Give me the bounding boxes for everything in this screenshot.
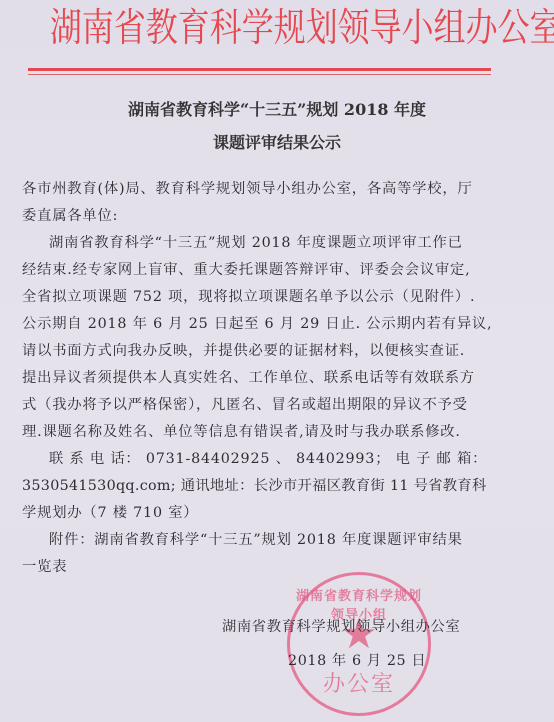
body-line: 湖南省教育科学“十三五”规划 2018 年度课题立项评审工作已 <box>49 232 463 252</box>
body-line: 委直属各单位: <box>22 205 118 225</box>
masthead-title: 湖南省教育科学规划领导小组办公室 <box>50 4 504 54</box>
official-seal: 湖南省教育科学规划领导小组 ★ 办公室 <box>287 572 431 716</box>
contact-email-address-line: 3530541530qq.com; 通讯地址：长沙市开福区教育街 11 号省教育… <box>22 475 487 495</box>
body-line: 各市州教育(体)局、教育科学规划领导小组办公室，各高等学校，厅 <box>22 178 473 198</box>
attachment-line: 附件：湖南省教育科学“十三五”规划 2018 年度课题评审结果 <box>49 529 463 549</box>
seal-bottom-text: 办公室 <box>290 667 428 698</box>
signature-date: 2018 年 6 月 25 日 <box>288 650 426 670</box>
masthead-rule-thin <box>28 74 491 75</box>
signature-organization: 湖南省教育科学规划领导小组办公室 <box>222 616 460 636</box>
document-title-line1: 湖南省教育科学“十三五”规划 2018 年度 <box>0 97 554 120</box>
attachment-line: 一览表 <box>22 556 67 576</box>
body-line: 全省拟立项课题 752 项，现将拟立项课题名单予以公示（见附件）. <box>22 286 475 306</box>
body-line: 式（我办将予以严格保密），凡匿名、冒名或超出期限的异议不予受 <box>22 394 468 414</box>
body-line: 提出异议者须提供本人真实姓名、工作单位、联系电话等有效联系方 <box>22 367 475 387</box>
body-line: 公示期自 2018 年 6 月 25 日起至 6 月 29 日止. 公示期内若有… <box>22 313 492 333</box>
masthead-rule-thick <box>28 68 491 71</box>
body-line: 经结束.经专家网上盲审、重大委托课题答辩评审、评委会会议审定, <box>22 259 471 279</box>
contact-address-line: 学规划办（7 楼 710 室） <box>22 502 198 522</box>
document-title-line2: 课题评审结果公示 <box>0 130 554 153</box>
body-line: 理.课题名称及姓名、单位等信息有错误者,请及时与我办联系修改. <box>22 421 461 441</box>
body-line: 请以书面方式向我办反映，并提供必要的证据材料，以便核实查证. <box>22 340 465 360</box>
contact-phone-line: 联 系 电 话： 0731-84402925 、 84402993； 电 子 邮… <box>49 448 487 468</box>
document-page: 湖南省教育科学规划领导小组办公室 湖南省教育科学“十三五”规划 2018 年度 … <box>0 0 554 722</box>
